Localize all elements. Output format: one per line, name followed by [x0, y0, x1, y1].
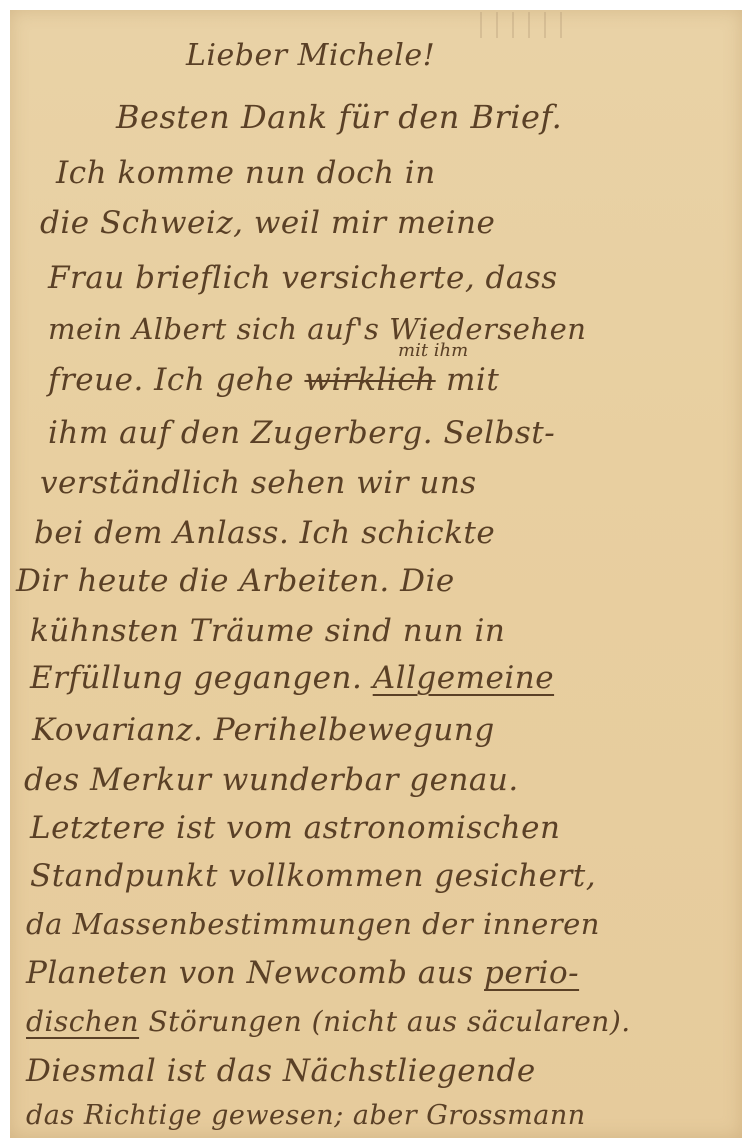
- letter-page: Lieber Michele! Besten Dank für den Brie…: [10, 10, 742, 1138]
- letter-line-3: die Schweiz, weil mir meine: [40, 205, 495, 241]
- letter-line-10: Dir heute die Arbeiten. Die: [16, 563, 455, 599]
- letter-line-13: Kovarianz. Perihelbewegung: [32, 712, 495, 748]
- letter-line-21: das Richtige gewesen; aber Grossmann: [26, 1100, 586, 1131]
- stamp-marks: [480, 12, 650, 40]
- letter-line-14: des Merkur wunderbar genau.: [24, 762, 519, 798]
- letter-line-19: dischen Störungen (nicht aus säcularen).: [26, 1005, 631, 1038]
- letter-line-7: ihm auf den Zugerberg. Selbst-: [48, 415, 555, 451]
- letter-line-15: Letztere ist vom astronomischen: [30, 810, 560, 846]
- letter-line-11: kühnsten Träume sind nun in: [30, 613, 505, 649]
- letter-line-9: bei dem Anlass. Ich schickte: [34, 515, 495, 551]
- letter-line-6: freue. Ich gehe wirklich mit: [48, 362, 499, 398]
- letter-line-1: Besten Dank für den Brief.: [116, 98, 562, 136]
- inserted-words: mit ihm: [398, 340, 468, 361]
- letter-line-4: Frau brieflich versicherte, dass: [48, 260, 558, 296]
- line-text: Planeten von Newcomb aus: [26, 955, 484, 991]
- letter-line-8: verständlich sehen wir uns: [40, 465, 477, 501]
- salutation: Lieber Michele!: [186, 38, 435, 73]
- letter-line-20: Diesmal ist das Nächstliegende: [26, 1053, 536, 1089]
- underlined-word: Allgemeine: [373, 660, 554, 696]
- letter-line-17: da Massenbestimmungen der inneren: [26, 907, 600, 941]
- line-text: Störungen (nicht aus säcularen).: [139, 1005, 631, 1038]
- line-text: freue. Ich gehe: [48, 362, 304, 398]
- letter-line-2: Ich komme nun doch in: [56, 155, 436, 191]
- struck-word: wirklich: [304, 362, 435, 398]
- underlined-word: dischen: [26, 1005, 139, 1038]
- line-text: mit: [436, 362, 500, 398]
- line-text: Erfüllung gegangen.: [30, 660, 373, 696]
- letter-line-16: Standpunkt vollkommen gesichert,: [30, 858, 596, 894]
- letter-line-12: Erfüllung gegangen. Allgemeine: [30, 660, 554, 696]
- letter-line-5: mein Albert sich auf's Wiedersehen: [48, 312, 586, 346]
- underlined-word: perio-: [484, 955, 579, 991]
- letter-line-18: Planeten von Newcomb aus perio-: [26, 955, 579, 991]
